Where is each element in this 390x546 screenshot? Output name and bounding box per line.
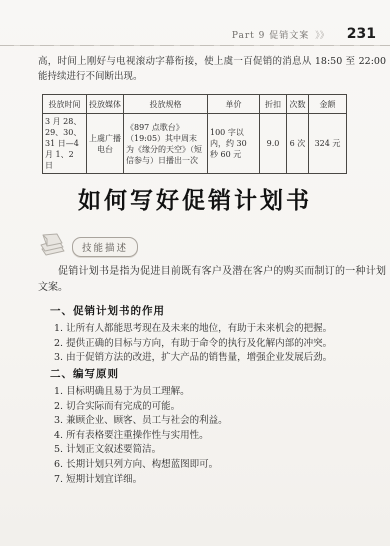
media-placement-table: 投放时间 投放媒体 投放规格 单价 折扣 次数 金额 3 月 28、29、30、…: [42, 94, 347, 174]
list-item: 1. 目标明确且易于为员工理解。: [54, 385, 386, 400]
list-item: 3. 由于促销方法的改进，扩大产品的销售量，增强企业发展后劲。: [54, 351, 386, 366]
list-item: 2. 切合实际而有完成的可能。: [54, 400, 386, 415]
cell-discount: 9.0: [260, 114, 287, 174]
col-header-unit-price: 单价: [208, 95, 260, 114]
cell-amount: 324 元: [309, 114, 347, 174]
col-header-time: 投放时间: [43, 95, 87, 114]
col-header-count: 次数: [287, 95, 309, 114]
col-header-discount: 折扣: [260, 95, 287, 114]
list-item: 7. 短期计划宜详细。: [54, 473, 386, 488]
definition-paragraph: 促销计划书是指为促进目前既有客户及潜在客户的购买而制订的一种计划文案。: [38, 264, 386, 295]
chapter-title: 如何写好促销计划书: [0, 182, 390, 215]
section-heading: 一、促销计划书的作用: [50, 303, 386, 318]
col-header-spec: 投放规格: [124, 95, 208, 114]
cell-media: 上虞广播电台: [87, 114, 124, 174]
table-row: 3 月 28、29、30、31 日—4 月 1、2 日 上虞广播电台 《897 …: [43, 114, 347, 174]
list-item: 6. 长期计划只列方向、构想蓝图即可。: [54, 458, 386, 473]
header-rule: [0, 45, 390, 46]
col-header-amount: 金额: [309, 95, 347, 114]
cell-spec: 《897 点歌台》（19:05）其中周末为《缘分的天空》（短信参与）日播出一次: [124, 114, 208, 174]
list-item: 2. 提供正确的目标与方向，有助于命令的执行及化解内部的冲突。: [54, 337, 386, 352]
list-item: 3. 兼顾企业、顾客、员工与社会的利益。: [54, 414, 386, 429]
cell-unit-price: 100 字以内，约 30 秒 60 元: [208, 114, 260, 174]
part-label: Part 9 促销文案: [232, 28, 309, 41]
paper-stack-icon: [38, 231, 68, 257]
section-principles: 二、编写原则 1. 目标明确且易于为员工理解。 2. 切合实际而有完成的可能。 …: [38, 366, 386, 487]
intro-paragraph: 高，时间上刚好与电视滚动字幕衔接，使上虞一百促销的消息从 18:50 至 22:…: [38, 54, 386, 84]
section-role: 一、促销计划书的作用 1. 让所有人都能思考现在及未来的地位，有助于未来机会的把…: [38, 303, 386, 366]
badge-label: 技能描述: [72, 237, 138, 257]
header-arrows: 》》: [315, 28, 329, 41]
module-badge: 技能描述: [38, 231, 138, 257]
list-item: 5. 计划正文叙述要简洁。: [54, 443, 386, 458]
list-item: 1. 让所有人都能思考现在及未来的地位，有助于未来机会的把握。: [54, 322, 386, 337]
page-number: 231: [347, 26, 376, 42]
section-heading: 二、编写原则: [50, 366, 386, 381]
col-header-media: 投放媒体: [87, 95, 124, 114]
list-item: 4. 所有表格要注重操作性与实用性。: [54, 429, 386, 444]
book-page: Part 9 促销文案 》》 231 高，时间上刚好与电视滚动字幕衔接，使上虞一…: [0, 0, 390, 546]
table-header-row: 投放时间 投放媒体 投放规格 单价 折扣 次数 金额: [43, 95, 347, 114]
page-header: Part 9 促销文案 》》 231: [0, 26, 390, 44]
cell-count: 6 次: [287, 114, 309, 174]
cell-time: 3 月 28、29、30、31 日—4 月 1、2 日: [43, 114, 87, 174]
